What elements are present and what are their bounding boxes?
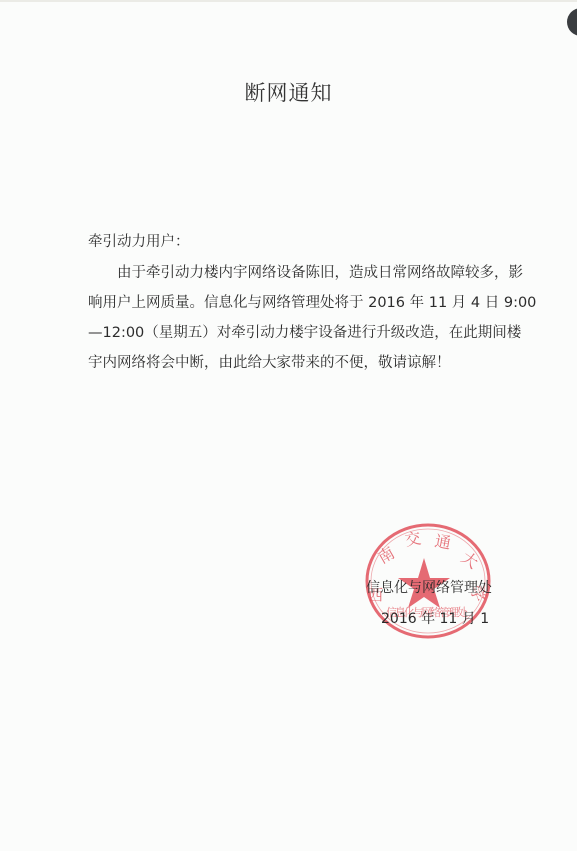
body-line: 宇内网络将会中断，由此给大家带来的不便，敬请谅解！ [88, 348, 496, 378]
signature-organization: 信息化与网络管理处 [366, 577, 492, 597]
svg-text:交: 交 [403, 528, 422, 549]
page-top-edge [0, 0, 577, 2]
body-line: 响用户上网质量。信息化与网络管理处将于 2016 年 11 月 4 日 9:00 [88, 288, 496, 318]
svg-text:通: 通 [433, 531, 452, 552]
salutation: 牵引动力用户： [88, 230, 190, 251]
document-title: 断网通知 [0, 77, 577, 107]
signature-date: 2016 年 11 月 1 [381, 608, 489, 628]
body-line: 由于牵引动力楼内宇网络设备陈旧，造成日常网络故障较多，影 [88, 258, 496, 288]
corner-circle-icon[interactable] [567, 8, 577, 36]
body-line: —12:00（星期五）对牵引动力楼宇设备进行升级改造，在此期间楼 [88, 318, 496, 348]
notice-body: 由于牵引动力楼内宇网络设备陈旧，造成日常网络故障较多，影 响用户上网质量。信息化… [88, 258, 496, 378]
